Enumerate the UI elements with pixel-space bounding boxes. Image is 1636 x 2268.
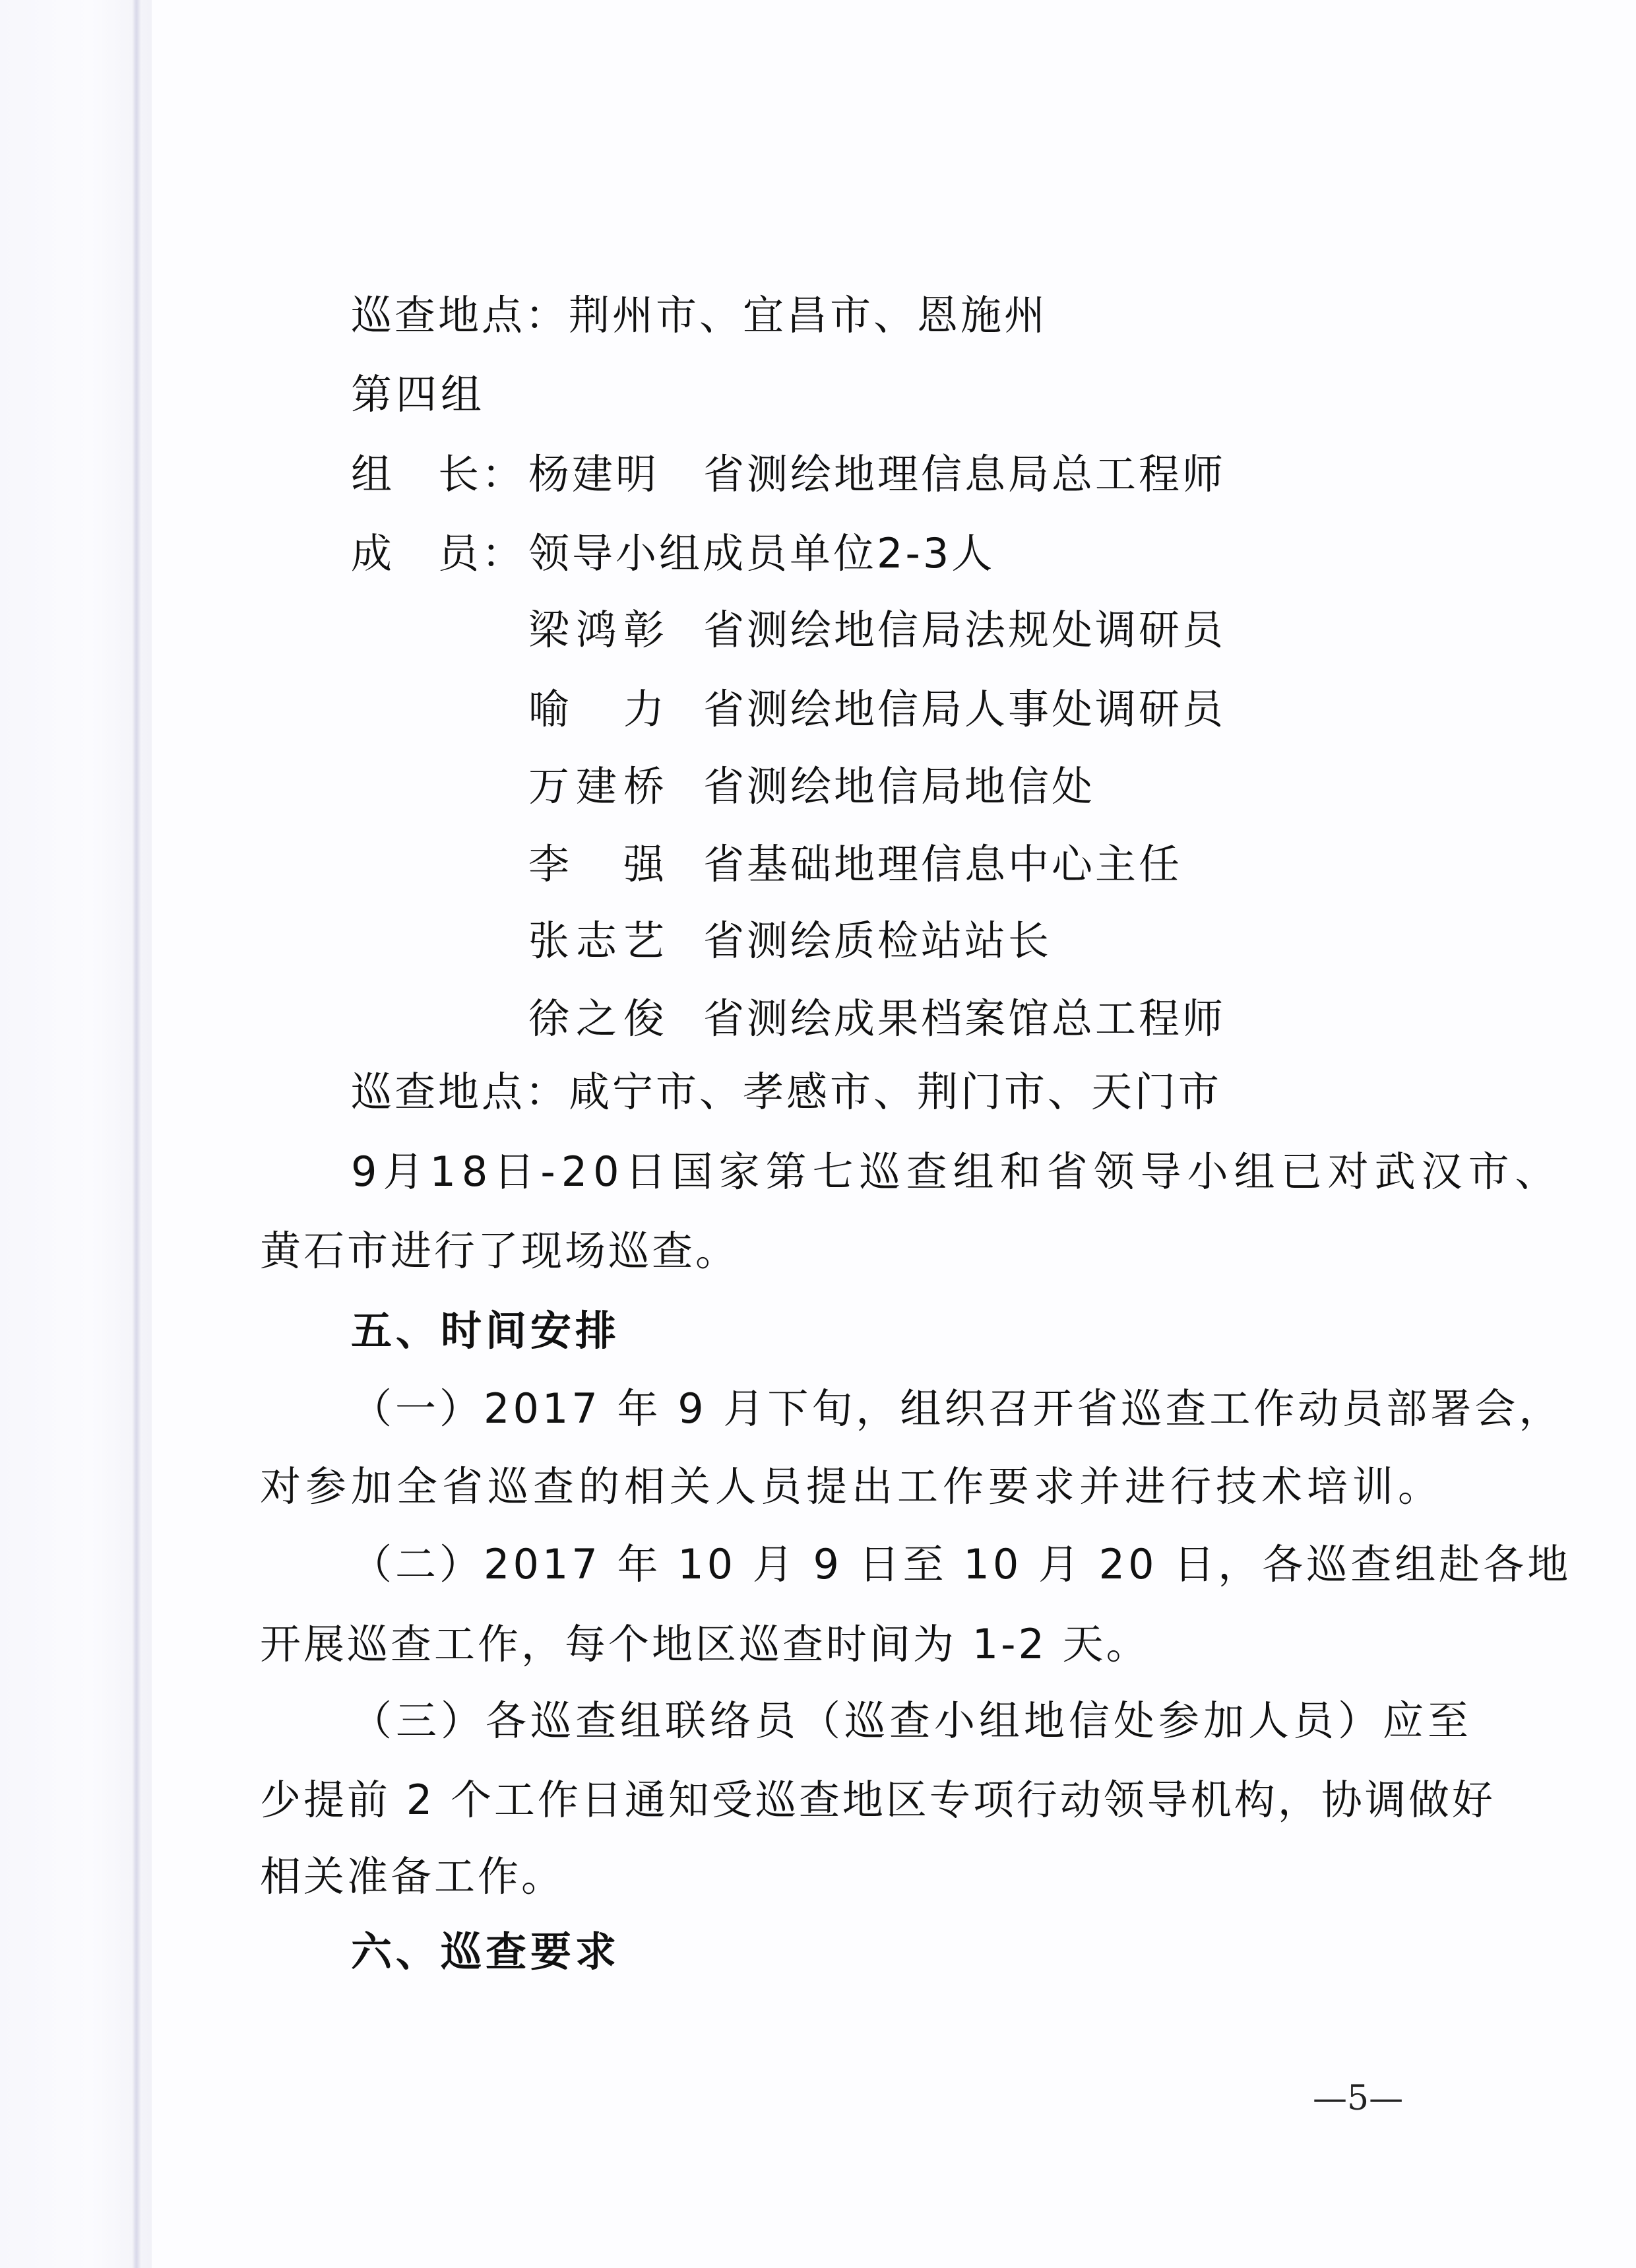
group-four-heading: 第四组 xyxy=(351,368,486,421)
paragraph-national-inspection-line1: 9月18日-20日国家第七巡查组和省领导小组已对武汉市、 xyxy=(351,1146,1562,1198)
member-name: 徐之俊 xyxy=(528,992,671,1045)
member-title: 省测绘成果档案馆总工程师 xyxy=(703,992,1226,1045)
inspection-locations-group3: 巡查地点：荆州市、宜昌市、恩施州 xyxy=(351,289,1048,342)
inspection-locations-group4: 巡查地点：咸宁市、孝感市、荆门市、天门市 xyxy=(351,1066,1222,1118)
leader-label: 组 长： xyxy=(351,448,525,501)
members-text: 领导小组成员单位2-3人 xyxy=(528,527,995,580)
member-name: 梁鸿彰 xyxy=(528,604,671,657)
section-heading-requirements: 六、巡查要求 xyxy=(351,1926,620,1978)
member-title: 省基础地理信息中心主任 xyxy=(703,838,1182,891)
member-name: 张志艺 xyxy=(528,915,671,967)
section-heading-schedule: 五、时间安排 xyxy=(351,1305,620,1357)
paragraph-national-inspection-line2: 黄石市进行了现场巡查。 xyxy=(260,1225,739,1278)
members-label: 成 员： xyxy=(351,527,525,580)
schedule-item-3-line2: 少提前 2 个工作日通知受巡查地区专项行动领导机构，协调做好 xyxy=(260,1774,1495,1827)
member-name: 万建桥 xyxy=(528,760,671,813)
member-name: 喻 力 xyxy=(528,683,671,736)
page-fold-line xyxy=(132,0,141,2268)
leader-name: 杨建明 xyxy=(528,448,659,501)
schedule-item-1-line1: （一）2017 年 9 月下旬，组织召开省巡查工作动员部署会， xyxy=(351,1382,1563,1435)
member-title: 省测绘地信局人事处调研员 xyxy=(703,683,1226,736)
schedule-item-1-line2: 对参加全省巡查的相关人员提出工作要求并进行技术培训。 xyxy=(260,1460,1443,1513)
schedule-item-3-line3: 相关准备工作。 xyxy=(260,1850,565,1903)
member-title: 省测绘地信局地信处 xyxy=(703,760,1095,813)
member-title: 省测绘质检站站长 xyxy=(703,915,1052,967)
schedule-item-2-line2: 开展巡查工作，每个地区巡查时间为 1-2 天。 xyxy=(260,1618,1150,1671)
schedule-item-2-line1: （二）2017 年 10 月 9 日至 10 月 20 日，各巡查组赴各地 xyxy=(351,1538,1571,1591)
leader-title: 省测绘地理信息局总工程师 xyxy=(703,448,1226,501)
member-name: 李 强 xyxy=(528,838,671,891)
scan-left-margin xyxy=(0,0,152,2268)
schedule-item-3-line1: （三）各巡查组联络员（巡查小组地信处参加人员）应至 xyxy=(351,1695,1472,1747)
member-title: 省测绘地信局法规处调研员 xyxy=(703,604,1226,657)
page-number: —5— xyxy=(1313,2079,1403,2118)
